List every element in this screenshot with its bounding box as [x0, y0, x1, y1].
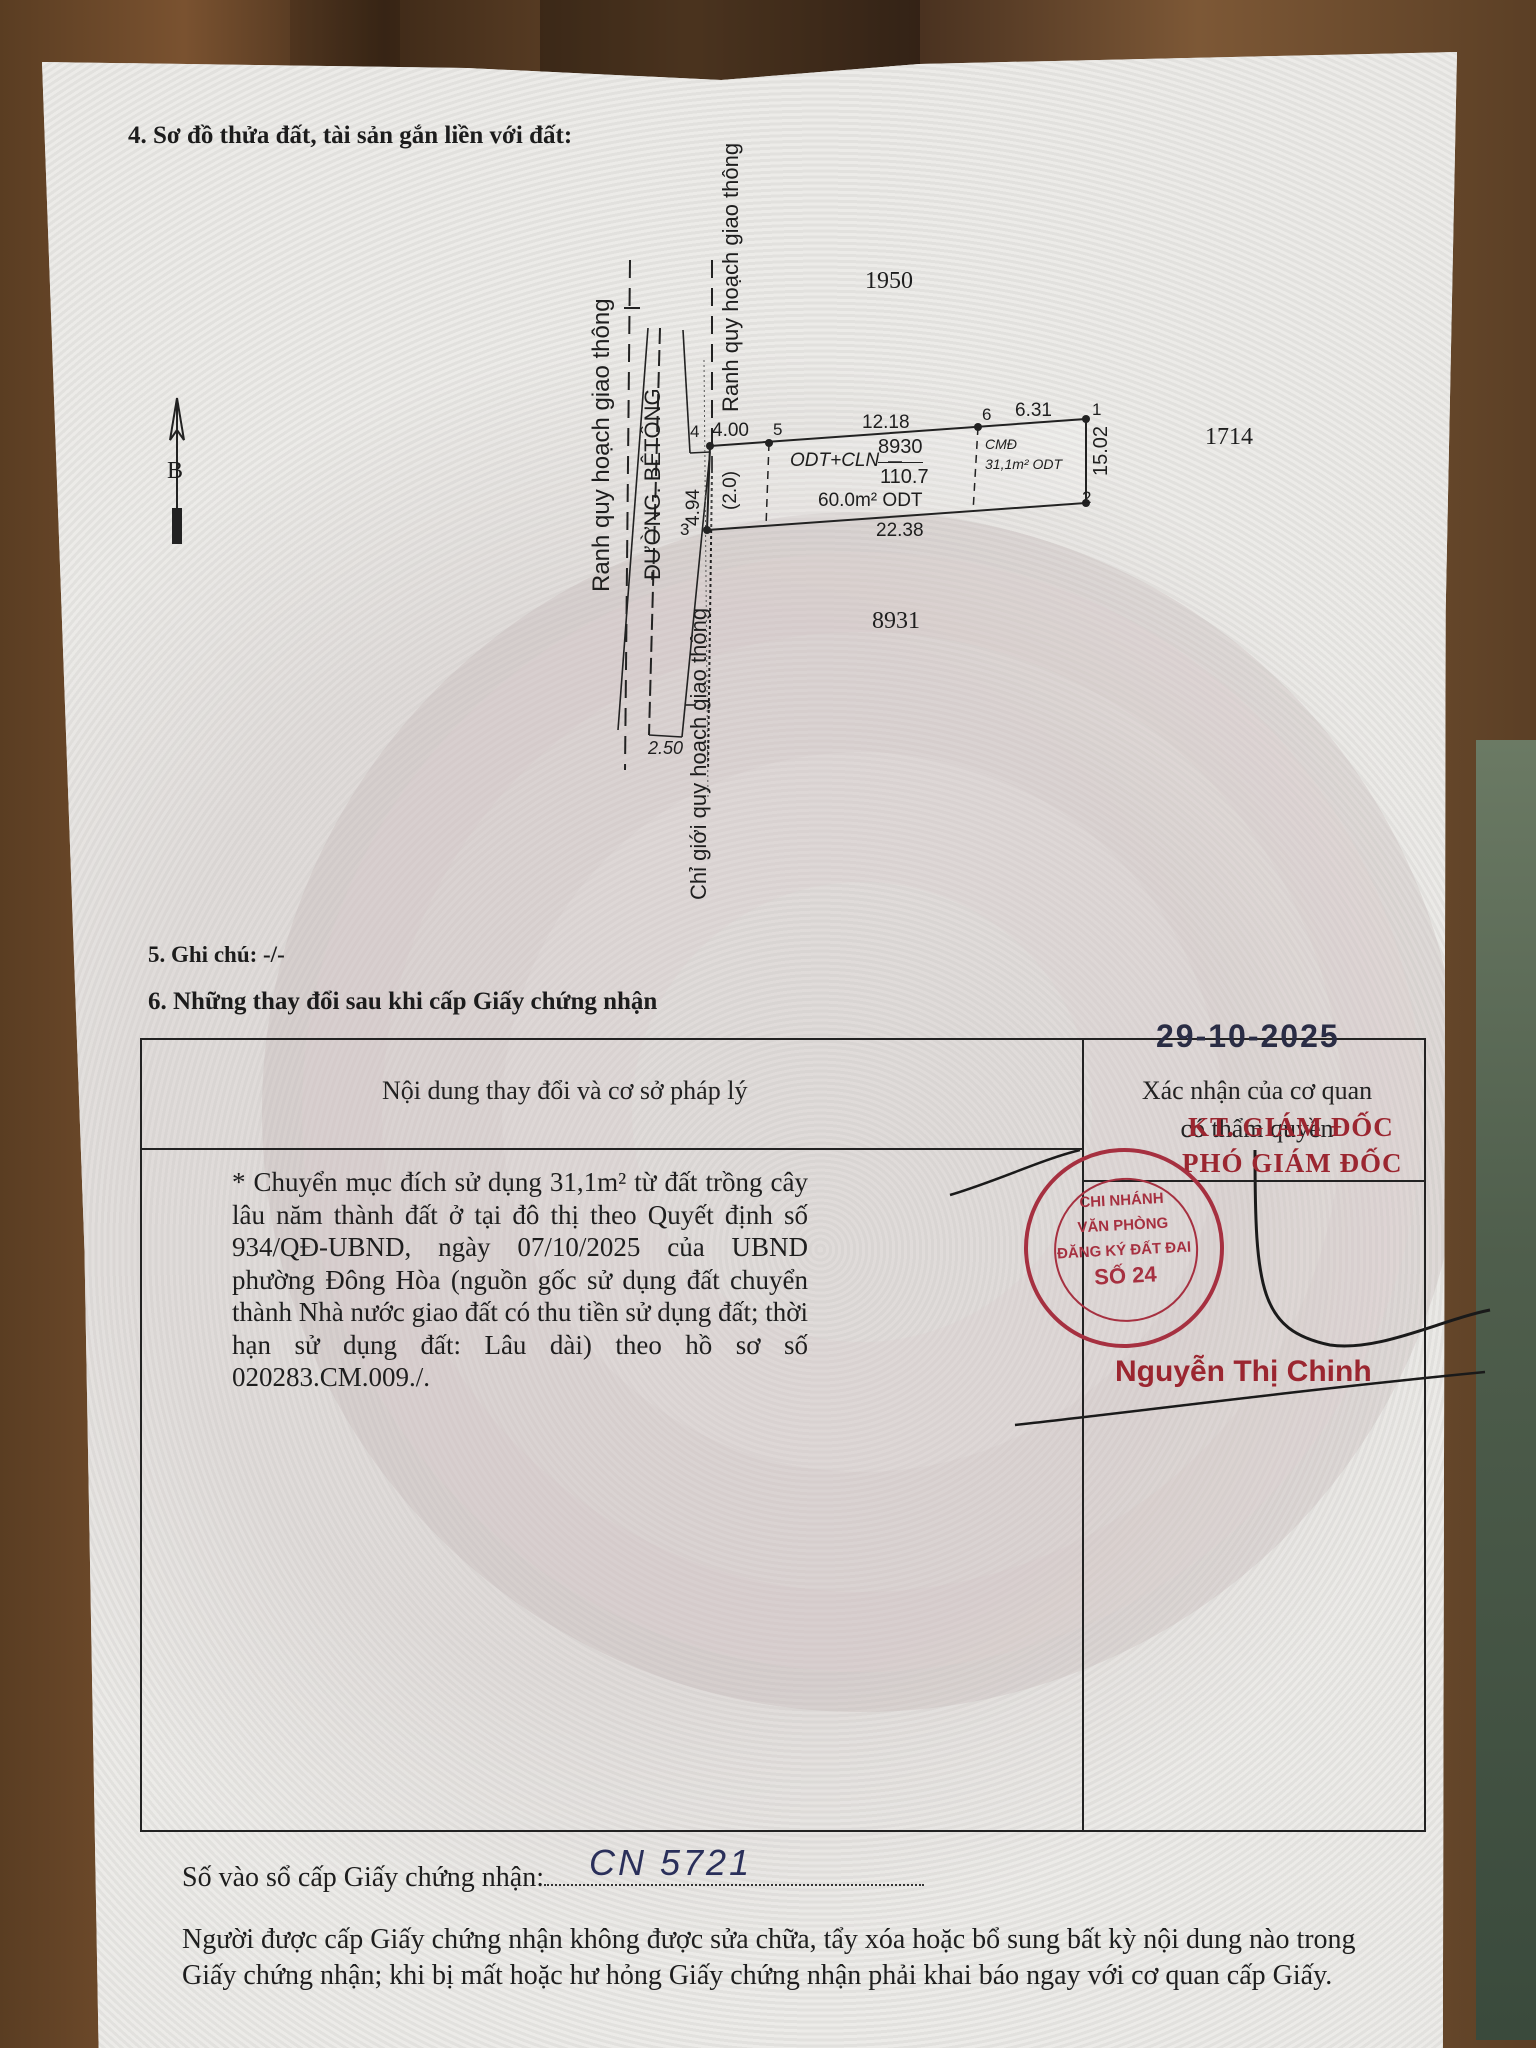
parcel-odt-note: 60.0m² ODT — [818, 490, 923, 512]
header-change-content: Nội dung thay đổi và cơ sở pháp lý — [382, 1076, 747, 1106]
north-label: B — [167, 458, 183, 485]
edge-p5-p6: 12.18 — [862, 412, 910, 434]
section-6-title: 6. Những thay đổi sau khi cấp Giấy chứng… — [148, 988, 657, 1016]
boundary-label-left: Ranh quy hoạch giao thông — [588, 298, 616, 592]
header-confirm-line-1: Xác nhận của cơ quan — [1092, 1072, 1422, 1110]
neighbor-parcel-north: 1950 — [865, 268, 913, 295]
point-3: 3 — [680, 520, 689, 540]
road-width: 2.50 — [648, 738, 683, 759]
notice-text: Người được cấp Giấy chứng nhận không đượ… — [182, 1922, 1382, 1994]
edge-p1-p2: 15.02 — [1090, 426, 1113, 476]
setback-value: (2.0) — [720, 471, 742, 510]
edge-p4-p5: 4.00 — [712, 420, 749, 442]
point-4: 4 — [690, 422, 699, 442]
date-stamp: 29-10-2025 — [1156, 1018, 1340, 1055]
signer-title-2: PHÓ GIÁM ĐỐC — [1182, 1148, 1403, 1179]
change-content-text: * Chuyển mục đích sử dụng 31,1m² từ đất … — [232, 1166, 808, 1394]
section-5-title: 5. Ghi chú: -/- — [148, 942, 285, 968]
point-1: 1 — [1092, 400, 1101, 420]
neighbor-parcel-south: 8931 — [872, 608, 920, 635]
parcel-area: 110.7 — [880, 466, 929, 489]
road-label: ĐƯỜNG. BÊTÔNG — [640, 388, 666, 580]
edge-p6-p1: 6.31 — [1015, 400, 1052, 422]
point-6: 6 — [982, 405, 991, 425]
signer-title-1: KT. GIÁM ĐỐC — [1188, 1112, 1394, 1143]
registry-label: Số vào sổ cấp Giấy chứng nhận: — [182, 1862, 544, 1893]
neighbor-parcel-east: 1714 — [1205, 424, 1253, 451]
parcel-number: 8930 — [878, 436, 923, 463]
boundary-label-right: Ranh quy hoạch giao thông — [718, 143, 744, 412]
point-5: 5 — [773, 420, 782, 440]
parcel-land-use: ODT+CLN — [790, 450, 879, 472]
registry-line: Số vào sổ cấp Giấy chứng nhận:CN 5721 — [182, 1862, 924, 1894]
registry-value: CN 5721 — [589, 1842, 752, 1884]
handwritten-note-area: 31,1m² ODT — [985, 456, 1062, 472]
edge-p2-p3: 22.38 — [876, 520, 924, 542]
signer-name: Nguyễn Thị Chinh — [1115, 1355, 1372, 1389]
handwritten-note-cmd: CMĐ — [985, 436, 1017, 452]
boundary-label-bottom: Chỉ giới quy hoạch giao thông — [686, 608, 712, 900]
point-2: 2 — [1082, 488, 1091, 508]
